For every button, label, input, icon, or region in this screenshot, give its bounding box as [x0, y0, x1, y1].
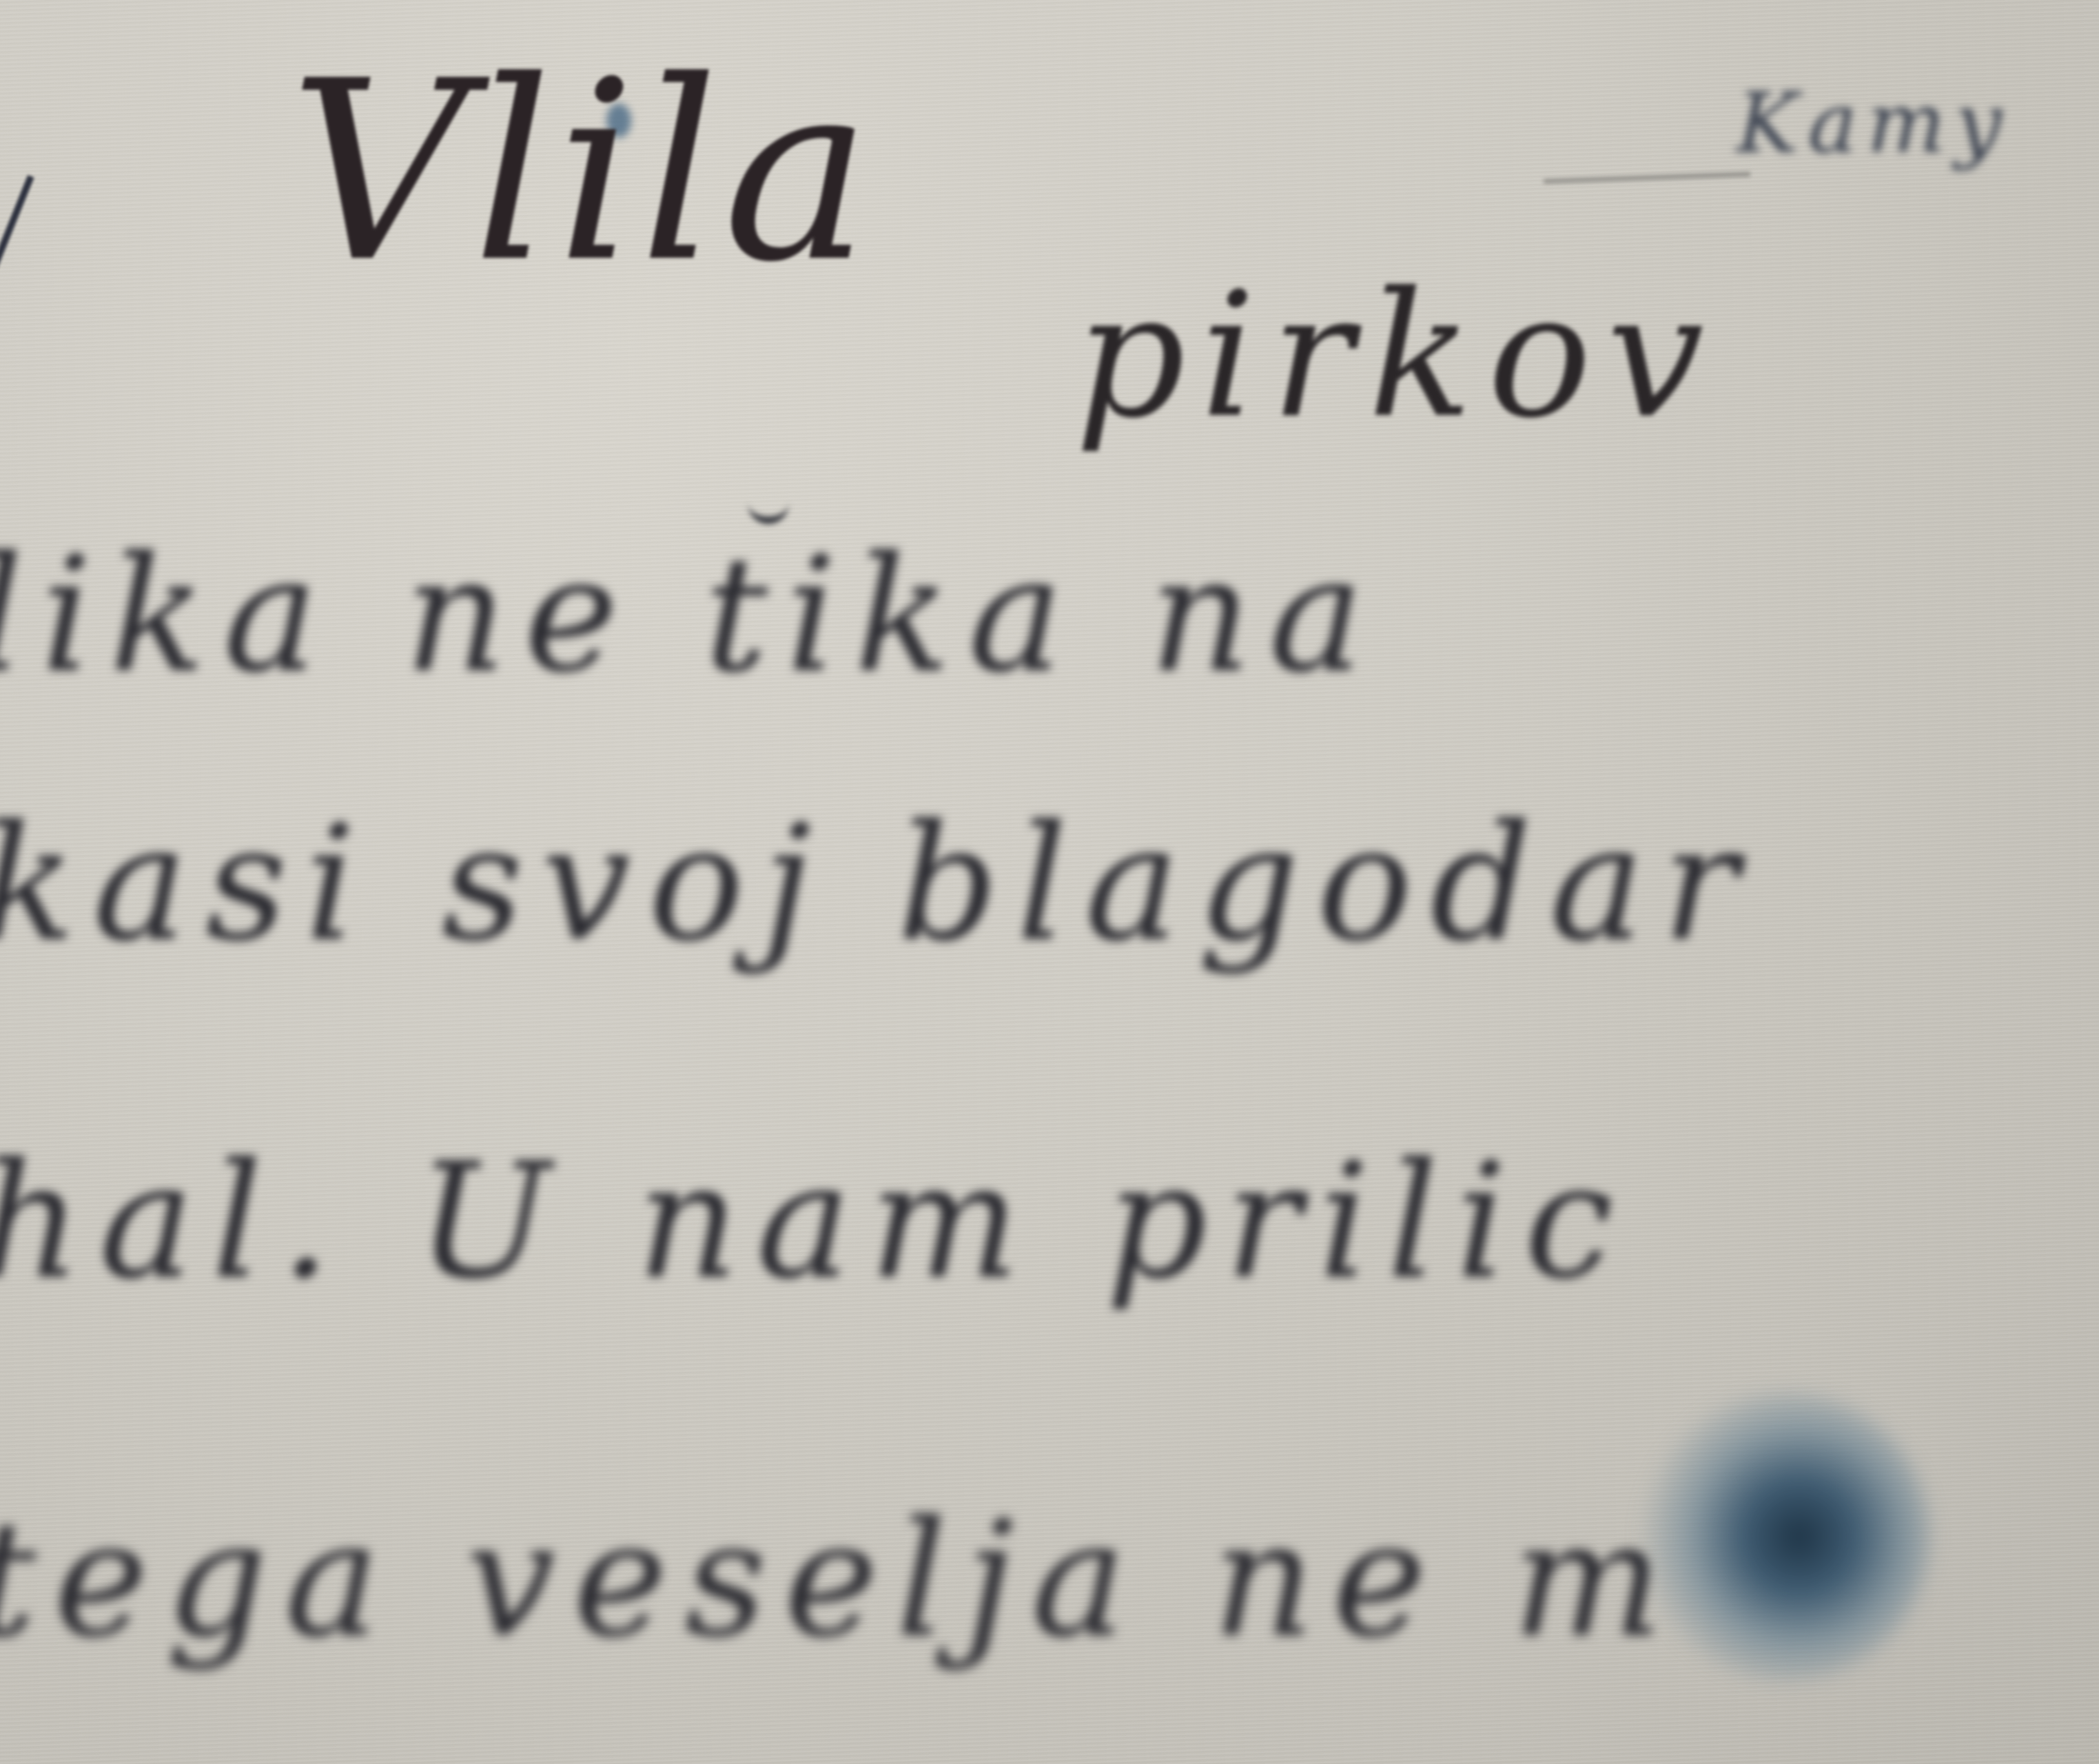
- letter-line-2: kasi svoj blagodar: [0, 792, 1756, 976]
- letter-line-4: tega veselja ne m: [0, 1488, 1681, 1672]
- letter-paper: Vlila Kamy pirkov lika ne tika na kasi s…: [0, 0, 2099, 1764]
- heading-dash: [1544, 172, 1750, 183]
- letter-subheading: pirkov: [1075, 255, 1719, 455]
- letter-heading-right: Kamy: [1737, 76, 2011, 172]
- letter-heading: Vlila: [289, 28, 875, 316]
- margin-ink-stroke: [0, 175, 34, 280]
- ink-stain: [1640, 1392, 1929, 1681]
- caron-mark: [748, 482, 789, 524]
- letter-line-1: lika ne tika na: [0, 524, 1382, 708]
- letter-line-3: hal. U nam prilic: [0, 1130, 1631, 1314]
